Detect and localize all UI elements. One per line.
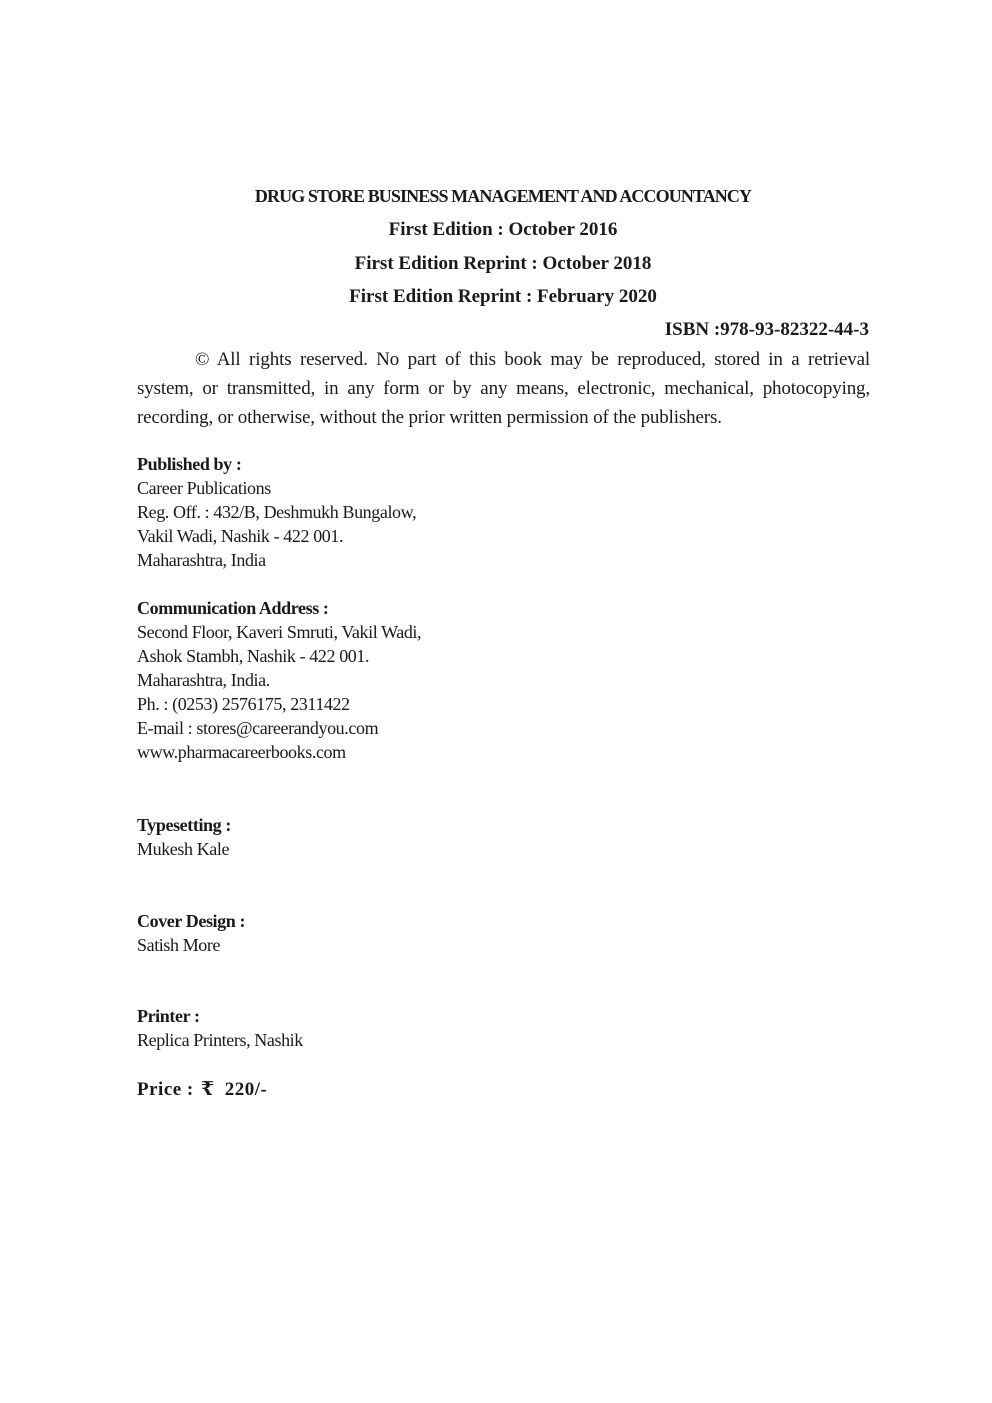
price-amount: 220/- xyxy=(225,1079,268,1100)
section-heading: Communication Address : xyxy=(137,596,421,620)
address-line: Maharashtra, India xyxy=(137,548,416,572)
address-line: Career Publications xyxy=(137,476,416,500)
copyright-notice: © All rights reserved. No part of this b… xyxy=(137,345,870,432)
section-heading: Typesetting : xyxy=(137,813,231,837)
edition-line: First Edition Reprint : October 2018 xyxy=(137,253,869,275)
edition-line: First Edition Reprint : February 2020 xyxy=(137,286,869,308)
imprint-page: DRUG STORE BUSINESS MANAGEMENT AND ACCOU… xyxy=(0,0,992,1403)
published-by-section: Published by : Career Publications Reg. … xyxy=(137,452,416,572)
section-heading: Published by : xyxy=(137,452,416,476)
section-heading: Printer : xyxy=(137,1004,303,1028)
printer-name: Replica Printers, Nashik xyxy=(137,1028,303,1052)
address-line: Vakil Wadi, Nashik - 422 001. xyxy=(137,524,416,548)
price-label: Price : xyxy=(137,1079,194,1100)
book-title: DRUG STORE BUSINESS MANAGEMENT AND ACCOU… xyxy=(137,186,869,207)
rupee-icon: ₹ xyxy=(201,1079,215,1100)
edition-line: First Edition : October 2016 xyxy=(137,219,869,241)
copyright-text: © All rights reserved. No part of this b… xyxy=(137,349,870,428)
address-line: Reg. Off. : 432/B, Deshmukh Bungalow, xyxy=(137,500,416,524)
section-heading: Cover Design : xyxy=(137,909,245,933)
price: Price : ₹220/- xyxy=(137,1078,267,1101)
cover-design-section: Cover Design : Satish More xyxy=(137,909,245,957)
website: www.pharmacareerbooks.com xyxy=(137,740,421,764)
designer-name: Satish More xyxy=(137,933,245,957)
printer-section: Printer : Replica Printers, Nashik xyxy=(137,1004,303,1052)
isbn: ISBN :978-93-82322-44-3 xyxy=(665,319,869,341)
typesetter-name: Mukesh Kale xyxy=(137,837,231,861)
address-line: Second Floor, Kaveri Smruti, Vakil Wadi, xyxy=(137,620,421,644)
phone: Ph. : (0253) 2576175, 2311422 xyxy=(137,692,421,716)
communication-section: Communication Address : Second Floor, Ka… xyxy=(137,596,421,764)
email: E-mail : stores@careerandyou.com xyxy=(137,716,421,740)
address-line: Maharashtra, India. xyxy=(137,668,421,692)
typesetting-section: Typesetting : Mukesh Kale xyxy=(137,813,231,861)
address-line: Ashok Stambh, Nashik - 422 001. xyxy=(137,644,421,668)
